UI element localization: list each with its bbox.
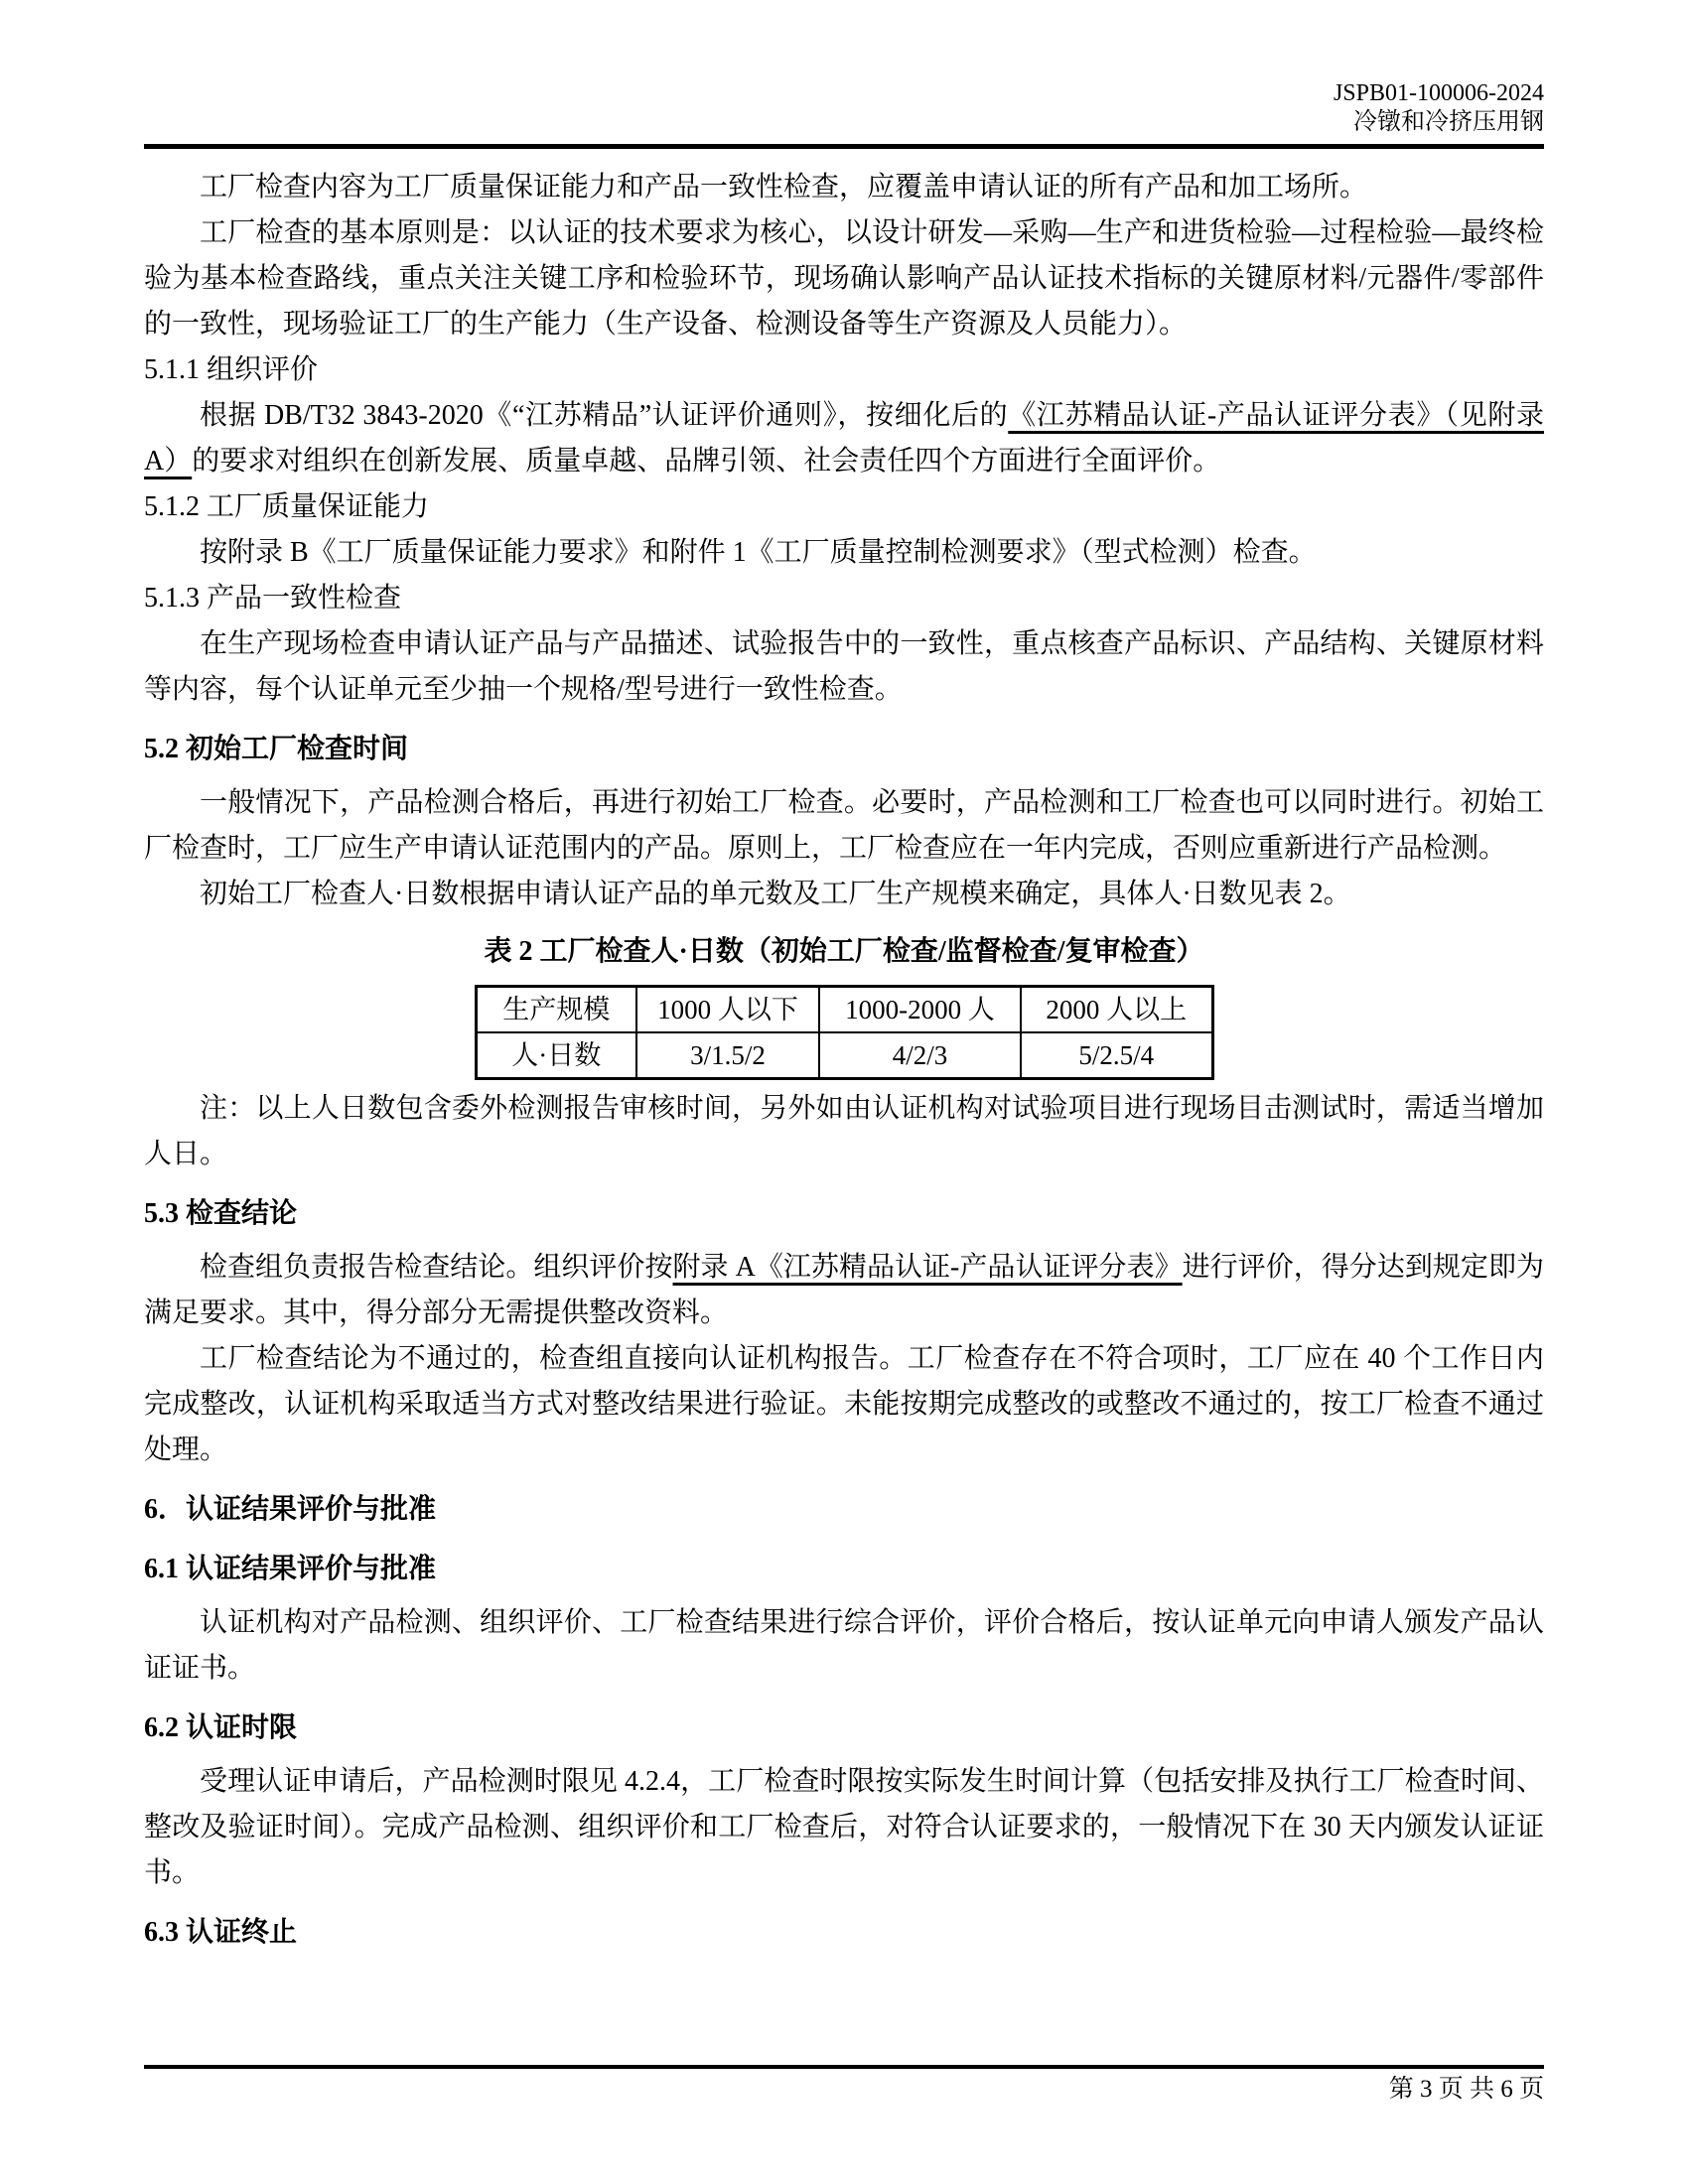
table2-data-cell: 4/2/3 — [819, 1032, 1021, 1079]
table2-title: 表 2 工厂检查人·日数（初始工厂检查/监督检查/复审检查） — [144, 929, 1544, 975]
paragraph-mandays: 初始工厂检查人·日数根据申请认证产品的单元数及工厂生产规模来确定，具体人·日数见… — [144, 872, 1544, 917]
document-body: 工厂检查内容为工厂质量保证能力和产品一致性检查，应覆盖申请认证的所有产品和加工场… — [144, 149, 1544, 1956]
heading-6: 6．认证结果评价与批准 — [144, 1487, 1544, 1533]
table2-header-cell: 生产规模 — [476, 987, 636, 1033]
table2-factory-inspection-mandays: 生产规模 1000 人以下 1000-2000 人 2000 人以上 人·日数 … — [475, 985, 1214, 1080]
paragraph-certification-timeline: 受理认证申请后，产品检测时限见 4.2.4，工厂检查时限按实际发生时间计算（包括… — [144, 1759, 1544, 1896]
heading-5-1-3: 5.1.3 产品一致性检查 — [144, 576, 1544, 621]
paragraph-org-eval: 根据 DB/T32 3843-2020《“江苏精品”认证评价通则》，按细化后的《… — [144, 393, 1544, 484]
heading-6-3: 6.3 认证终止 — [144, 1910, 1544, 1956]
org-eval-text-pre: 根据 DB/T32 3843-2020《“江苏精品”认证评价通则》，按细化后的 — [200, 400, 1008, 431]
page-number: 第 3 页 共 6 页 — [144, 2075, 1544, 2105]
document-code: JSPB01-100006-2024 — [144, 79, 1544, 108]
table2-data-row: 人·日数 3/1.5/2 4/2/3 5/2.5/4 — [476, 1032, 1212, 1079]
paragraph-factory-scope: 工厂检查内容为工厂质量保证能力和产品一致性检查，应覆盖申请认证的所有产品和加工场… — [144, 165, 1544, 210]
heading-5-1-2: 5.1.2 工厂质量保证能力 — [144, 484, 1544, 530]
paragraph-principles: 工厂检查的基本原则是：以认证的技术要求为核心，以设计研发—采购—生产和进货检验—… — [144, 210, 1544, 347]
paragraph-fail-handling: 工厂检查结论为不通过的，检查组直接向认证机构报告。工厂检查存在不符合项时，工厂应… — [144, 1336, 1544, 1473]
heading-5-1-1: 5.1.1 组织评价 — [144, 347, 1544, 393]
paragraph-consistency-check: 在生产现场检查申请认证产品与产品描述、试验报告中的一致性，重点核查产品标识、产品… — [144, 621, 1544, 713]
heading-5-2: 5.2 初始工厂检查时间 — [144, 727, 1544, 772]
conclusion-text-pre: 检查组负责报告检查结论。组织评价按 — [200, 1252, 673, 1283]
conclusion-underlined-reference: 附录 A《江苏精品认证-产品认证评分表》 — [673, 1252, 1183, 1283]
table2-header-cell: 1000 人以下 — [636, 987, 819, 1033]
org-eval-text-post: 的要求对组织在创新发展、质量卓越、品牌引领、社会责任四个方面进行全面评价。 — [192, 446, 1220, 477]
heading-6-1: 6.1 认证结果评价与批准 — [144, 1547, 1544, 1592]
table2-data-cell: 人·日数 — [476, 1032, 636, 1079]
paragraph-conclusion: 检查组负责报告检查结论。组织评价按附录 A《江苏精品认证-产品认证评分表》进行评… — [144, 1245, 1544, 1336]
document-page: JSPB01-100006-2024 冷镦和冷挤压用钢 工厂检查内容为工厂质量保… — [0, 0, 1688, 2184]
table2-data-cell: 3/1.5/2 — [636, 1032, 819, 1079]
footer-rule — [144, 2065, 1544, 2069]
table2-header-cell: 2000 人以上 — [1021, 987, 1212, 1033]
page-footer: 第 3 页 共 6 页 — [144, 2065, 1544, 2105]
page-header: JSPB01-100006-2024 冷镦和冷挤压用钢 — [0, 0, 1688, 149]
heading-5-3: 5.3 检查结论 — [144, 1191, 1544, 1237]
table2-header-row: 生产规模 1000 人以下 1000-2000 人 2000 人以上 — [476, 987, 1212, 1033]
paragraph-quality-assurance: 按附录 B《工厂质量保证能力要求》和附件 1《工厂质量控制检测要求》（型式检测）… — [144, 530, 1544, 576]
table2-header-cell: 1000-2000 人 — [819, 987, 1021, 1033]
paragraph-table-note: 注：以上人日数包含委外检测报告审核时间，另外如由认证机构对试验项目进行现场目击测… — [144, 1086, 1544, 1177]
table2-data-cell: 5/2.5/4 — [1021, 1032, 1212, 1079]
heading-6-2: 6.2 认证时限 — [144, 1706, 1544, 1751]
document-title: 冷镦和冷挤压用钢 — [144, 108, 1544, 137]
paragraph-certificate-award: 认证机构对产品检测、组织评价、工厂检查结果进行综合评价，评价合格后，按认证单元向… — [144, 1600, 1544, 1692]
paragraph-initial-timing: 一般情况下，产品检测合格后，再进行初始工厂检查。必要时，产品检测和工厂检查也可以… — [144, 780, 1544, 872]
